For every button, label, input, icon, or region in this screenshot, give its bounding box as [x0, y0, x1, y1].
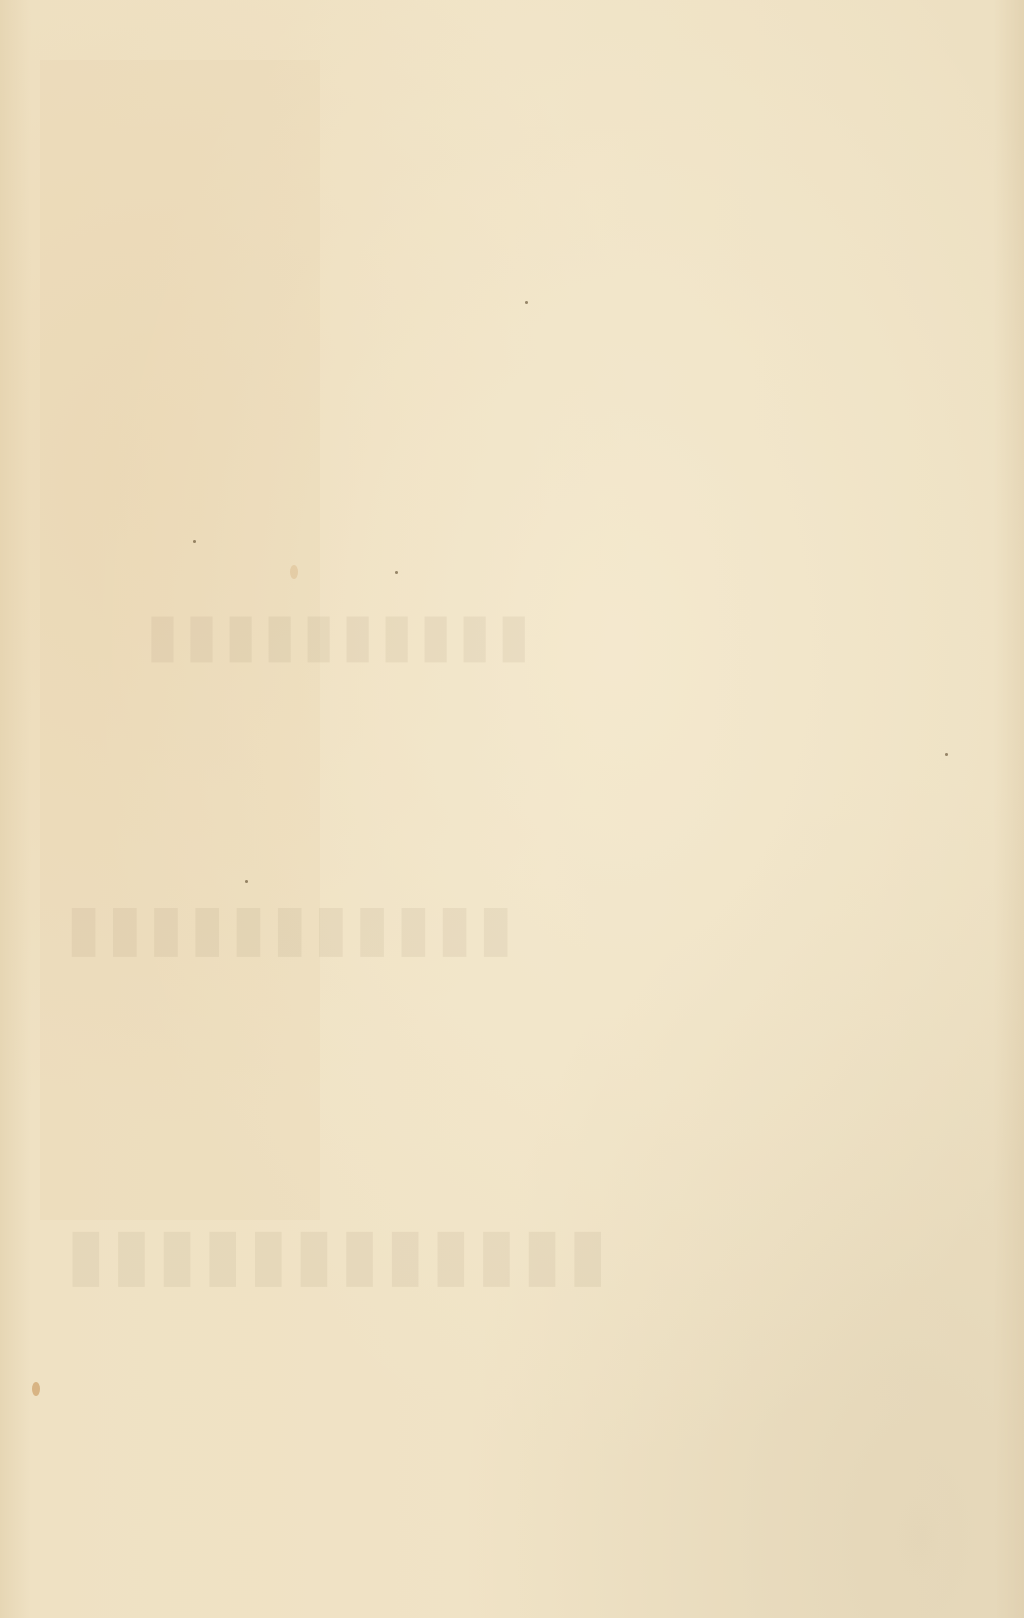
paper-speck [395, 571, 398, 574]
paper-speck [193, 540, 196, 543]
foxing-stain [32, 1382, 40, 1396]
show-through-text: ▮▮▮▮▮▮▮▮▮▮▮ [60, 890, 513, 965]
blank-paper-page: ▮▮▮▮▮▮▮▮▮▮ ▮▮▮▮▮▮▮▮▮▮▮ ▮▮▮▮▮▮▮▮▮▮▮▮ [0, 0, 1024, 1618]
paper-speck [525, 301, 528, 304]
foxing-stain [290, 565, 298, 579]
paper-speck [945, 753, 948, 756]
show-through-text: ▮▮▮▮▮▮▮▮▮▮▮▮ [60, 1210, 607, 1295]
show-through-text: ▮▮▮▮▮▮▮▮▮▮ [140, 600, 530, 670]
paper-speck [245, 880, 248, 883]
